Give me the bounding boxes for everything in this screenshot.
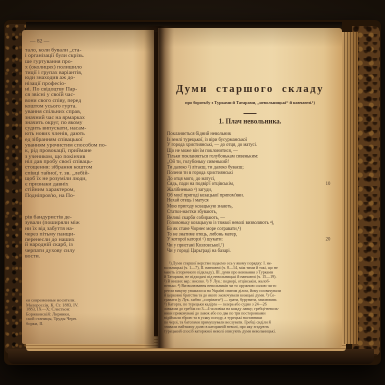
left-page-text-line: вости.	[25, 254, 154, 260]
verse-line-number-20: 20	[326, 237, 331, 243]
left-page-paragraph-2: рів бандуристів де-зували (поширяли міжн…	[25, 215, 154, 260]
heading-divider	[244, 113, 257, 114]
left-page-text-line: Подніпров'ю, на По-	[25, 193, 154, 199]
verse-block: 10 20 Покланяється бідний невольникІз зе…	[167, 131, 332, 253]
left-page-number: — 82 —	[30, 38, 49, 44]
chapter-heading: Думи старшого складу	[158, 84, 342, 95]
verse-line-number-10: 10	[326, 181, 331, 187]
verse-line: Чи у городі Царьграді на базарі.	[167, 248, 332, 254]
book-cover-bottom-edge	[8, 349, 374, 364]
left-page: — 82 — тало, коли бували „ста-і організа…	[22, 30, 154, 344]
right-page-footnotes: ¹) Думи старшої верстви подаємо ось у як…	[164, 261, 338, 334]
chapter-subheading: про боротьбу з Турками й Татарами, „нево…	[158, 100, 342, 105]
section-title: 1. Плач невольника.	[158, 118, 342, 125]
left-page-footnote-line: борки, II.	[26, 322, 154, 327]
right-page-footnote-line: турецький спосіб каторжної неволі описую…	[164, 329, 338, 334]
left-page-paragraph-1: тало, коли бували „ста-і організації бул…	[25, 48, 154, 199]
right-page: Думи старшого складу про боротьбу з Турк…	[158, 28, 342, 348]
left-page-footnotes: ея современные носители.Малороссіи, К. С…	[26, 298, 154, 326]
book-photo: — 82 — тало, коли бували „ста-і організа…	[0, 0, 385, 385]
